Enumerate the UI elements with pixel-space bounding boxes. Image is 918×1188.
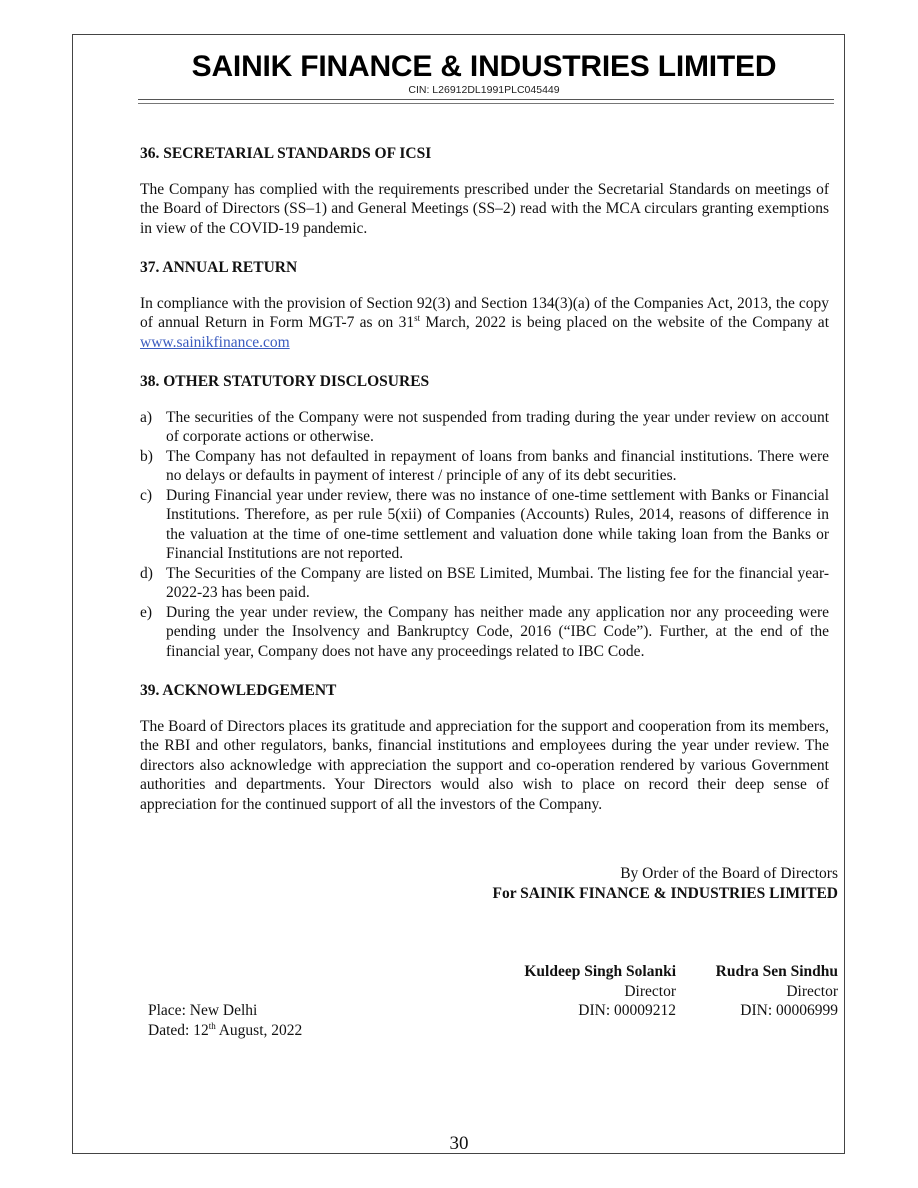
section-acknowledgement: 39. ACKNOWLEDGEMENT The Board of Directo… xyxy=(140,681,829,814)
signatory-din: DIN: 00009212 xyxy=(524,1001,676,1021)
list-marker: d) xyxy=(140,564,153,584)
section-body: The Board of Directors places its gratit… xyxy=(140,717,829,815)
list-item-text: During Financial year under review, ther… xyxy=(166,487,829,563)
header-rule xyxy=(138,99,834,100)
list-item: e)During the year under review, the Comp… xyxy=(140,603,829,662)
list-marker: c) xyxy=(140,486,152,506)
signoff-line: By Order of the Board of Directors xyxy=(492,864,838,884)
list-marker: e) xyxy=(140,603,152,623)
section-heading: 36. SECRETARIAL STANDARDS OF ICSI xyxy=(140,144,829,164)
section-heading: 39. ACKNOWLEDGEMENT xyxy=(140,681,829,701)
company-title: SAINIK FINANCE & INDUSTRIES LIMITED xyxy=(25,50,918,84)
list-item: a)The securities of the Company were not… xyxy=(140,408,829,447)
signatory-name: Rudra Sen Sindhu xyxy=(716,962,838,982)
list-item-text: The Company has not defaulted in repayme… xyxy=(166,448,829,485)
signoff-company: For SAINIK FINANCE & INDUSTRIES LIMITED xyxy=(492,884,838,904)
list-marker: b) xyxy=(140,447,153,467)
date: Dated: 12th August, 2022 xyxy=(148,1021,302,1041)
place: Place: New Delhi xyxy=(148,1001,302,1021)
signatory-name: Kuldeep Singh Solanki xyxy=(524,962,676,982)
list-item-text: The Securities of the Company are listed… xyxy=(166,565,829,602)
signatory-block: Kuldeep Singh Solanki Director DIN: 0000… xyxy=(524,962,676,1021)
signatory-title: Director xyxy=(524,982,676,1002)
disclosure-list: a)The securities of the Company were not… xyxy=(140,408,829,662)
date-text: August, 2022 xyxy=(216,1022,303,1039)
signatory-block: Rudra Sen Sindhu Director DIN: 00006999 xyxy=(716,962,838,1021)
list-item-text: The securities of the Company were not s… xyxy=(166,409,829,446)
signatory-din: DIN: 00006999 xyxy=(716,1001,838,1021)
list-marker: a) xyxy=(140,408,152,428)
header-rule-secondary xyxy=(138,103,834,104)
date-text: Dated: 12 xyxy=(148,1022,209,1039)
list-item-text: During the year under review, the Compan… xyxy=(166,604,829,660)
section-annual-return: 37. ANNUAL RETURN In compliance with the… xyxy=(140,258,829,352)
section-statutory-disclosures: 38. OTHER STATUTORY DISCLOSURES a)The se… xyxy=(140,372,829,661)
body-text: March, 2022 is being placed on the websi… xyxy=(420,314,829,331)
cin-number: CIN: L26912DL1991PLC045449 xyxy=(25,84,918,96)
section-secretarial-standards: 36. SECRETARIAL STANDARDS OF ICSI The Co… xyxy=(140,144,829,238)
place-date-block: Place: New Delhi Dated: 12th August, 202… xyxy=(148,1001,302,1041)
section-heading: 37. ANNUAL RETURN xyxy=(140,258,829,278)
company-website-link[interactable]: www.sainikfinance.com xyxy=(140,334,290,351)
section-heading: 38. OTHER STATUTORY DISCLOSURES xyxy=(140,372,829,392)
signoff-block: By Order of the Board of Directors For S… xyxy=(492,864,838,904)
list-item: c)During Financial year under review, th… xyxy=(140,486,829,564)
ordinal-suffix: th xyxy=(209,1021,216,1031)
list-item: b)The Company has not defaulted in repay… xyxy=(140,447,829,486)
document-body: 36. SECRETARIAL STANDARDS OF ICSI The Co… xyxy=(140,144,829,834)
section-body: The Company has complied with the requir… xyxy=(140,180,829,239)
signatory-title: Director xyxy=(716,982,838,1002)
section-body: In compliance with the provision of Sect… xyxy=(140,294,829,353)
page-number: 30 xyxy=(0,1133,918,1155)
list-item: d)The Securities of the Company are list… xyxy=(140,564,829,603)
